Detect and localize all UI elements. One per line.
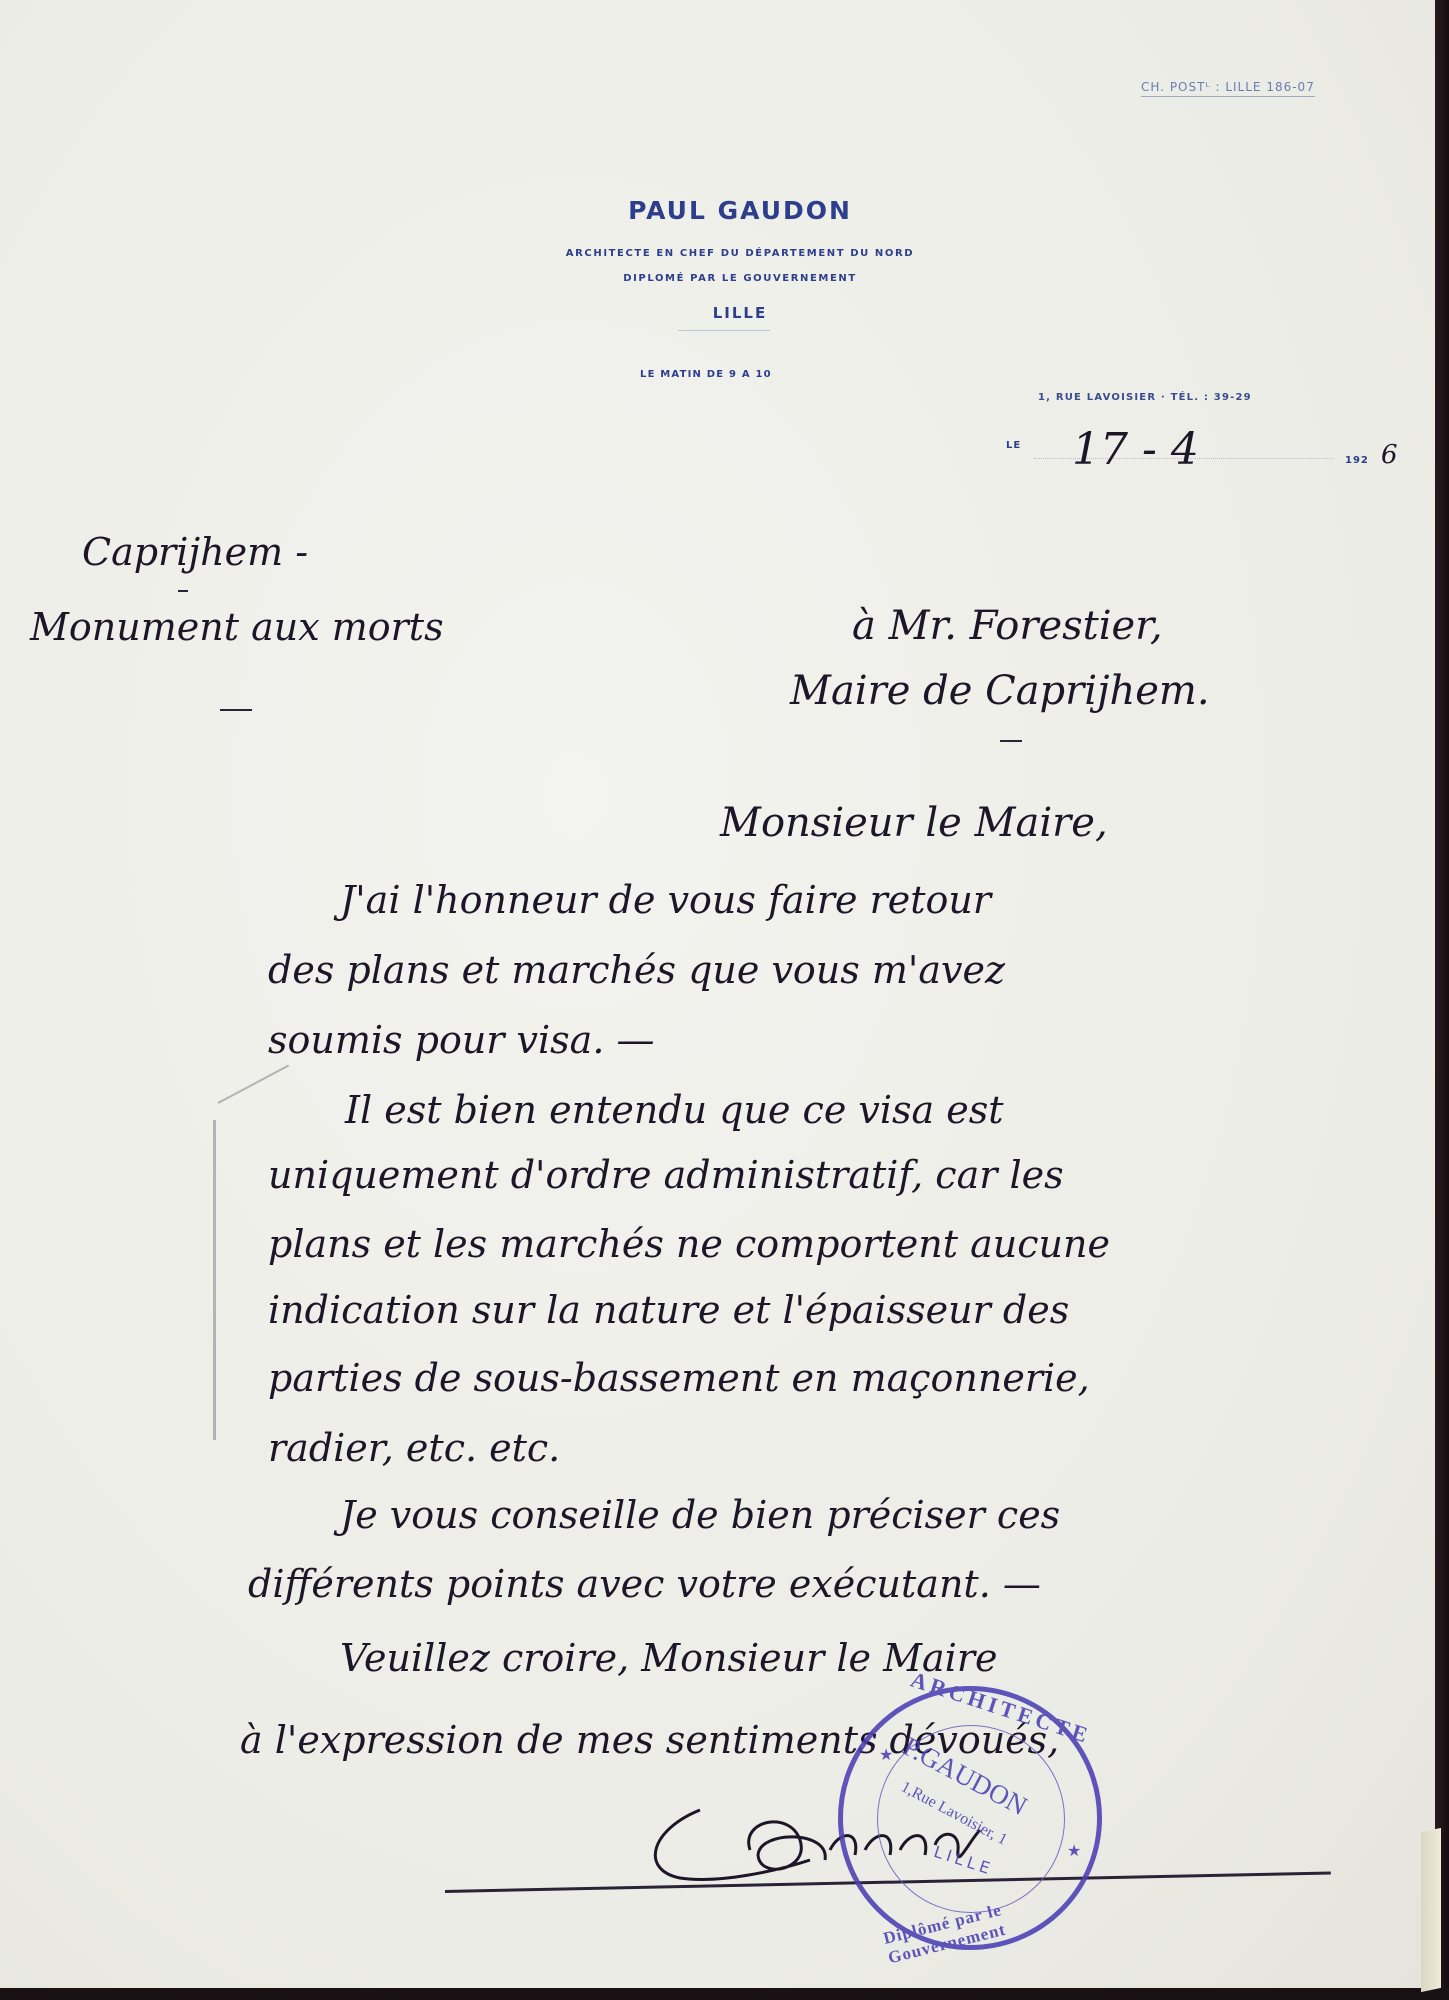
postal-account: CH. POSTᴸ : LILLE 186-07: [1141, 80, 1315, 97]
subject-line-1: Caprijhem -: [82, 530, 308, 574]
handwritten-date: 17 - 4: [1072, 424, 1199, 475]
letterhead-address: 1, RUE LAVOISIER · TÉL. : 39-29: [1038, 392, 1338, 403]
scan-edge-bottom: [0, 1988, 1449, 2000]
letterhead-name: PAUL GAUDON: [520, 196, 960, 225]
pencil-margin-mark: [213, 1120, 216, 1440]
date-prefix: LE: [1006, 440, 1021, 451]
body-line: J'ai l'honneur de vous faire retour: [340, 878, 991, 922]
scan-edge-right: [1435, 0, 1449, 2000]
body-line: Il est bien entendu que ce visa est: [345, 1088, 1004, 1132]
recipient-line-2: Maire de Caprijhem.: [790, 668, 1210, 714]
letterhead-title: ARCHITECTE EN CHEF DU DÉPARTEMENT DU NOR…: [480, 248, 1000, 259]
subject-line-2: Monument aux morts: [30, 605, 444, 649]
handwritten-year-digit: 6: [1381, 440, 1398, 470]
architect-stamp: ARCHITECTE P.GAUDON 1,Rue Lavoisier, 1 L…: [838, 1686, 1102, 1950]
body-line: soumis pour visa. —: [268, 1018, 654, 1062]
body-line: radier, etc. etc.: [268, 1426, 560, 1470]
body-line: différents points avec votre exécutant. …: [248, 1562, 1041, 1606]
star-icon: ★: [1067, 1841, 1081, 1861]
letterhead-city: LILLE: [640, 304, 840, 322]
body-line: plans et les marchés ne comportent aucun…: [268, 1222, 1110, 1266]
letterhead-diploma: DIPLOMÉ PAR LE GOUVERNEMENT: [540, 273, 940, 284]
dash-mark: [1000, 740, 1022, 742]
body-line: Veuillez croire, Monsieur le Maire: [340, 1636, 997, 1680]
letterhead-divider: [678, 330, 770, 331]
paper-curl: [1421, 1828, 1441, 1992]
pencil-margin-tick: [218, 1065, 290, 1104]
body-line: Je vous conseille de bien préciser ces: [340, 1493, 1060, 1537]
star-icon: ★: [879, 1745, 893, 1765]
body-line: indication sur la nature et l'épaisseur …: [268, 1288, 1069, 1332]
recipient-line-1: à Mr. Forestier,: [852, 603, 1163, 649]
salutation: Monsieur le Maire,: [720, 800, 1108, 846]
year-prefix: 192: [1345, 455, 1369, 466]
dash-mark: [178, 590, 188, 592]
body-line: parties de sous-bassement en maçonnerie,: [268, 1356, 1090, 1400]
body-line: des plans et marchés que vous m'avez: [268, 948, 1005, 992]
office-hours: LE MATIN DE 9 A 10: [640, 369, 840, 380]
dash-mark: [220, 709, 252, 711]
body-line: uniquement d'ordre administratif, car le…: [268, 1153, 1064, 1197]
letter-paper: CH. POSTᴸ : LILLE 186-07 PAUL GAUDON ARC…: [0, 0, 1440, 1990]
